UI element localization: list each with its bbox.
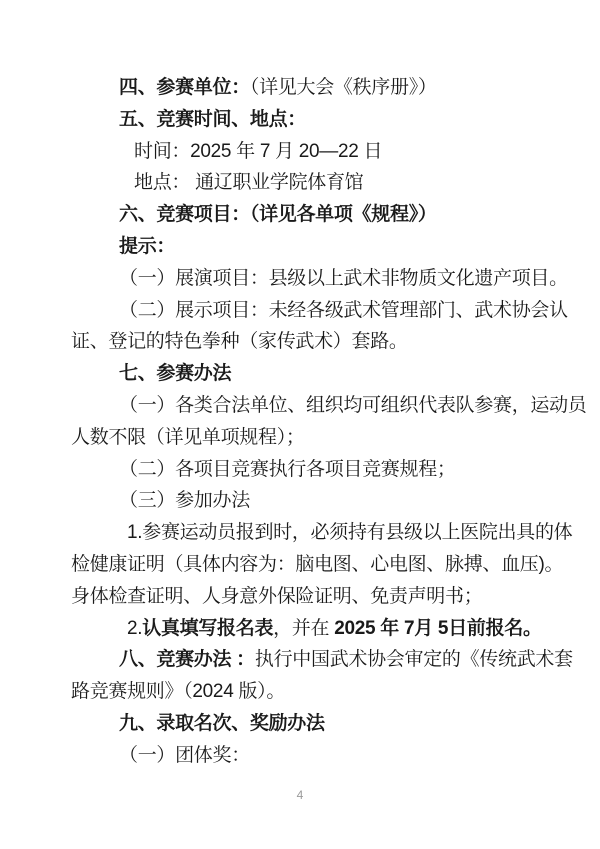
text-segment: 检健康证明（具体内容为：脑电图、心电图、脉搏、血压)。: [71, 554, 563, 575]
text-segment: 五、竞赛时间、地点：: [119, 109, 306, 130]
text-line: 五、竞赛时间、地点：: [71, 104, 544, 136]
text-line: 九、录取名次、奖励办法: [71, 708, 544, 740]
text-line: （一）团体奖：: [71, 740, 544, 772]
text-segment: 路竞赛规则》（2024 版）。: [71, 681, 285, 702]
text-line: 六、竞赛项目：（详见各单项《规程》）: [71, 199, 544, 231]
text-segment: 六、竞赛项目：（详见各单项《规程》）: [119, 204, 437, 225]
text-line: 七、参赛办法: [71, 358, 544, 390]
text-line: 身体检查证明、人身意外保险证明、免责声明书；: [71, 581, 544, 613]
text-line: 时间：2025 年 7 月 20—22 日: [71, 136, 544, 168]
text-segment: 证、登记的特色拳种（家传武术）套路。: [71, 331, 408, 352]
text-segment: 九、录取名次、奖励办法: [119, 713, 325, 734]
text-segment: 认真填写报名表: [142, 618, 273, 639]
text-segment: 提示：: [119, 236, 175, 257]
text-line: 检健康证明（具体内容为：脑电图、心电图、脉搏、血压)。: [71, 549, 544, 581]
text-segment: 2025 年 7月 5日前报名。: [334, 618, 541, 639]
text-segment: （二）展示项目：未经各级武术管理部门、武术协会认: [119, 300, 568, 321]
text-segment: 人数不限（详见单项规程）；: [71, 427, 305, 448]
text-line: 四、参赛单位：（详见大会《秩序册》）: [71, 72, 544, 104]
text-line: 地点： 通辽职业学院体育馆: [71, 167, 544, 199]
text-segment: 时间：2025 年 7 月 20—22 日: [134, 141, 382, 162]
text-line: 2.认真填写报名表，并在 2025 年 7月 5日前报名。: [71, 613, 544, 645]
text-line: 八、竞赛办法 ：执行中国武术协会审定的《传统武术套: [71, 644, 544, 676]
document-body: 四、参赛单位：（详见大会《秩序册》）五、竞赛时间、地点：时间：2025 年 7 …: [71, 72, 544, 772]
text-line: （一）展演项目：县级以上武术非物质文化遗产项目。: [71, 263, 544, 295]
text-line: 证、登记的特色拳种（家传武术）套路。: [71, 326, 544, 358]
text-segment: （一）各类合法单位、组织均可组织代表队参赛，运动员: [119, 395, 587, 416]
text-line: 提示：: [71, 231, 544, 263]
text-segment: （一）团体奖：: [119, 745, 250, 766]
text-segment: 七、参赛办法: [119, 363, 231, 384]
text-segment: （三）参加办法: [119, 490, 250, 511]
text-line: （三）参加办法: [71, 485, 544, 517]
text-segment: 1.参赛运动员报到时，必须持有县级以上医院出具的体: [127, 522, 572, 543]
text-segment: 身体检查证明、人身意外保险证明、免责声明书；: [71, 586, 482, 607]
page-number: 4: [0, 788, 600, 802]
text-line: 1.参赛运动员报到时，必须持有县级以上医院出具的体: [71, 517, 544, 549]
text-segment: 八、竞赛办法 ：: [119, 649, 255, 670]
text-segment: ，并在: [273, 618, 334, 639]
text-segment: 2.: [127, 618, 142, 639]
text-line: 人数不限（详见单项规程）；: [71, 422, 544, 454]
text-segment: 地点： 通辽职业学院体育馆: [134, 172, 363, 193]
document-page: 四、参赛单位：（详见大会《秩序册》）五、竞赛时间、地点：时间：2025 年 7 …: [0, 0, 600, 849]
text-line: （一）各类合法单位、组织均可组织代表队参赛，运动员: [71, 390, 544, 422]
text-segment: （详见大会《秩序册》）: [250, 77, 437, 98]
text-line: 路竞赛规则》（2024 版）。: [71, 676, 544, 708]
text-line: （二）各项目竞赛执行各项目竞赛规程；: [71, 454, 544, 486]
text-line: （二）展示项目：未经各级武术管理部门、武术协会认: [71, 295, 544, 327]
text-segment: 执行中国武术协会审定的《传统武术套: [255, 649, 573, 670]
text-segment: （一）展演项目：县级以上武术非物质文化遗产项目。: [119, 268, 568, 289]
text-segment: （二）各项目竞赛执行各项目竞赛规程；: [119, 459, 456, 480]
text-segment: 四、参赛单位：: [119, 77, 250, 98]
